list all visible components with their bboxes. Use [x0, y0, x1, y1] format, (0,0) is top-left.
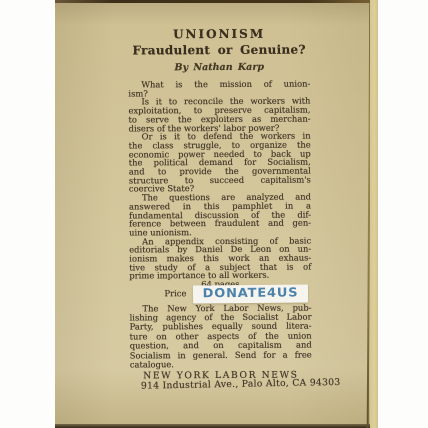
paragraph-questions-answered: The questions are analyzed andanswered i… — [129, 193, 311, 237]
page-subtitle: Fraudulent or Genuine? — [128, 44, 310, 58]
text-line: What is the mission of union- — [128, 80, 310, 90]
page-title: UNIONISM — [128, 28, 310, 42]
donate4us-watermark-sticker: DONATE4US — [193, 284, 308, 303]
publisher-address: 914 Industrial Ave., Palo Alto, CA 94303 — [141, 378, 323, 391]
pamphlet-photo: UNIONISM Fraudulent or Genuine? By Natha… — [0, 0, 428, 428]
paragraph-appendix: An appendix consisting of basiceditorial… — [129, 236, 311, 280]
watermark-text: DONATE4US — [193, 285, 308, 303]
price-label: Price — [164, 288, 186, 298]
page-top-shadow-edge — [55, 0, 373, 3]
paragraph-reconcile-question: Is it to reconcile the workers withexplo… — [128, 97, 310, 133]
book-page: UNIONISM Fraudulent or Genuine? By Natha… — [55, 0, 378, 428]
page-right-edge-highlight — [370, 0, 378, 428]
text-line: catalogue. — [130, 360, 312, 370]
byline: By Nathan Karp — [128, 62, 310, 75]
page-bottom-shadow-edge — [55, 424, 378, 428]
page-text-column: UNIONISM Fraudulent or Genuine? By Natha… — [128, 28, 312, 391]
paragraph-publisher-info: The New York Labor News, pub-lishing age… — [129, 303, 311, 370]
paragraph-defend-question: Or is it to defend the workers inthe cla… — [129, 132, 311, 194]
